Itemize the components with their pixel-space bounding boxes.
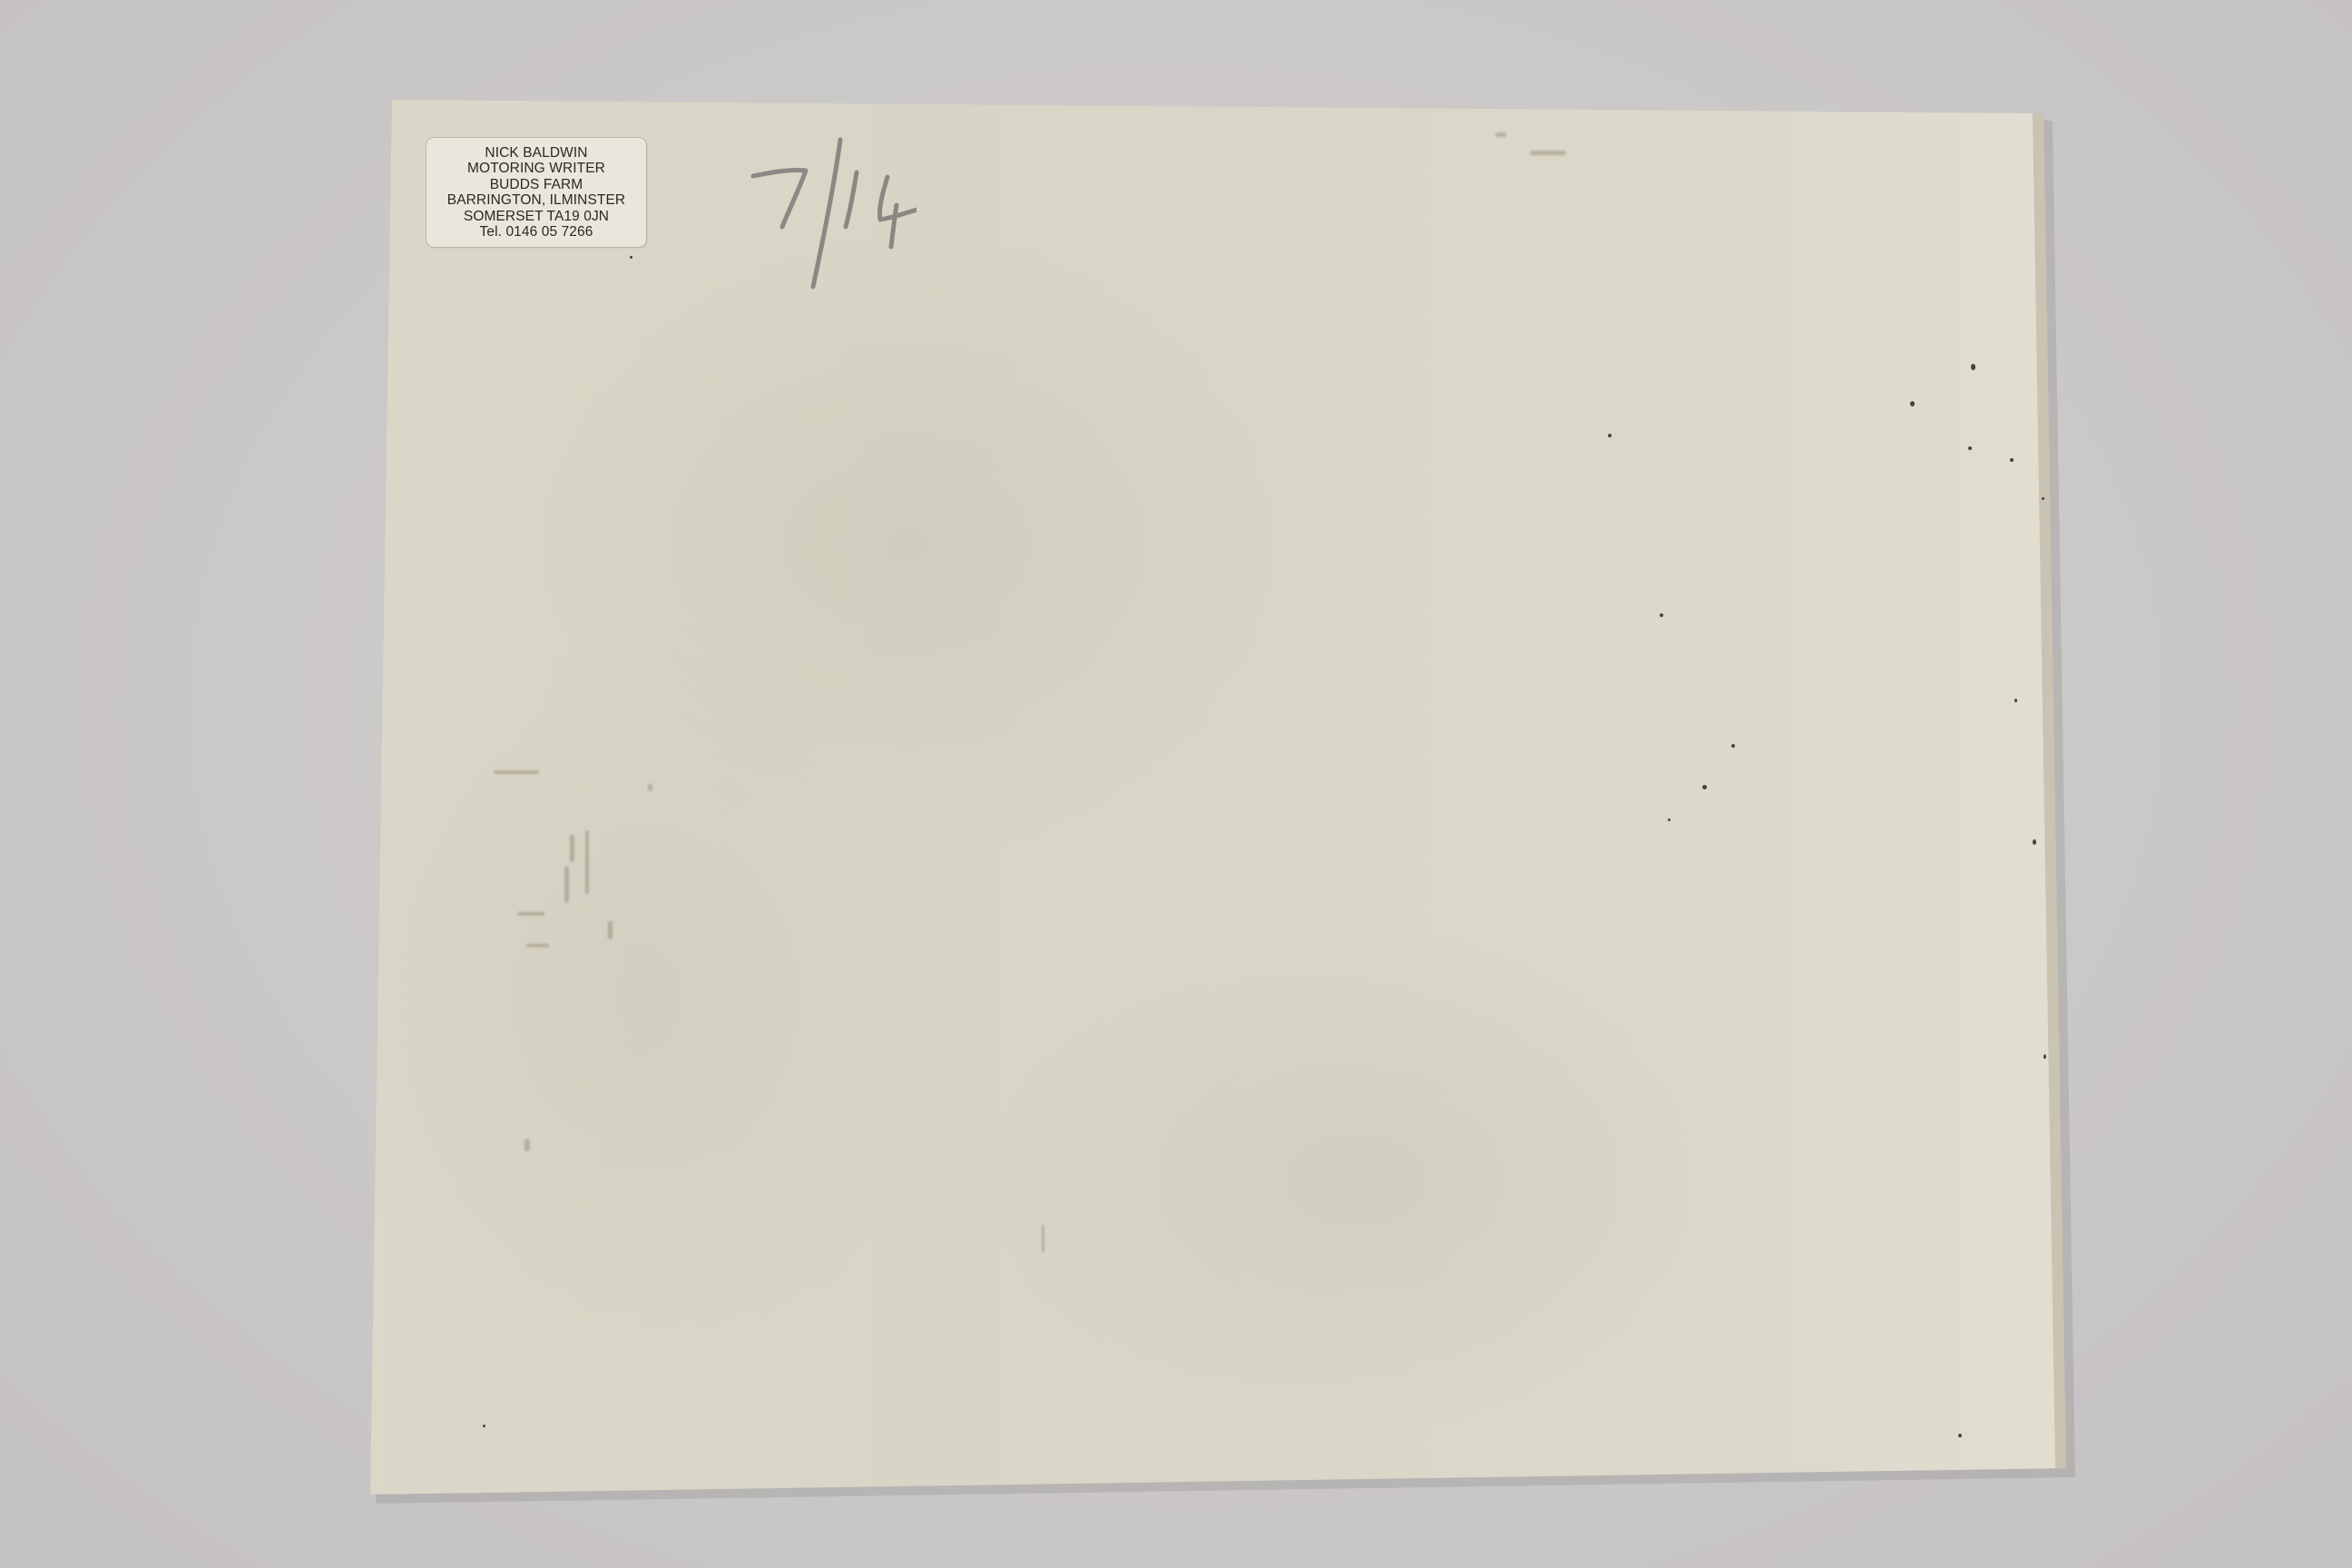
label-address-town: BARRINGTON, ILMINSTER [447,192,625,209]
smudge [564,867,569,903]
speck [2043,1054,2046,1059]
label-occupation: MOTORING WRITER [467,161,605,177]
smudge [1495,132,1506,137]
speck [2042,497,2044,500]
speck [1702,785,1707,789]
speck [1910,401,1915,407]
smudge [570,835,574,862]
smudge [648,784,652,791]
label-name: NICK BALDWIN [485,145,587,162]
speck [1608,434,1612,437]
smudge [526,944,549,947]
smudge [585,830,589,894]
address-label: NICK BALDWIN MOTORING WRITER BUDDS FARM … [426,138,646,247]
label-address-county: SOMERSET TA19 0JN [464,209,609,225]
label-address-farm: BUDDS FARM [490,177,583,193]
speck [483,1425,485,1427]
smudge [517,912,544,916]
speck [1968,446,1972,450]
speck [1971,364,1975,370]
speck [630,256,632,259]
smudge [494,770,539,774]
smudge [524,1139,530,1151]
speck [2033,839,2036,845]
print-card-back [0,0,2352,1568]
speck [1668,818,1671,821]
pencil-annotation-7-14 [735,109,916,290]
label-telephone: Tel. 0146 05 7266 [480,224,593,240]
smudge [1042,1225,1044,1252]
speck [2010,458,2014,462]
smudge [1530,151,1566,155]
speck [1731,744,1735,748]
speck [1958,1434,1962,1437]
speck [1660,613,1663,617]
speck [2014,699,2017,702]
smudge [608,921,612,939]
photo-scene: NICK BALDWIN MOTORING WRITER BUDDS FARM … [0,0,2352,1568]
